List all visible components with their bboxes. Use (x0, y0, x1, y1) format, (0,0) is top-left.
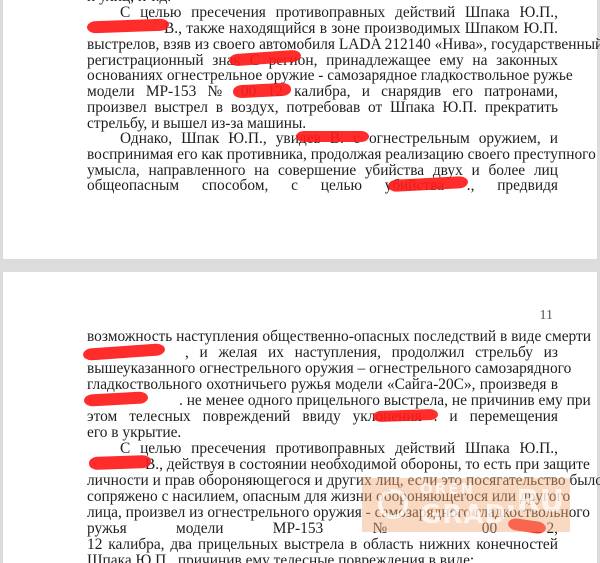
watermark-suffix: .RU (505, 484, 564, 519)
text-line: вышеуказанного огнестрельного оружия – о… (87, 361, 558, 377)
text-line: произвел выстрел в воздух, потребовав от… (87, 100, 558, 116)
redaction-mark (296, 131, 369, 142)
text-line: 12 калибра, два прицельных выстрела в об… (87, 537, 558, 553)
document-page-1: и улиц, и т.д. С целью пресечения против… (3, 0, 597, 259)
text-line: возможность наступления общественно-опас… (87, 329, 558, 345)
page-number: 11 (540, 308, 553, 324)
text-line: С целью пресечения противоправных действ… (120, 5, 558, 21)
redaction-mark (89, 455, 151, 470)
watermark: OREN GRAD .RU (362, 478, 570, 532)
document-page-2: 11 возможность наступления общественно-о… (3, 272, 597, 563)
text-line: В., действуя в состоянии необходимой обо… (87, 457, 558, 473)
text-line: его в укрытие. (87, 425, 558, 441)
watermark-top-text: OREN (420, 480, 475, 498)
watermark-logo-icon (378, 489, 408, 519)
redaction-mark (373, 409, 438, 422)
text-line: гладкоствольного охотничьего ружья модел… (87, 377, 558, 393)
text-line: модели МР-153 № 00 12 калибра, и снаряди… (87, 84, 558, 100)
text-line: выстрелов, взяв из своего автомобиля LAD… (87, 37, 558, 53)
text-line: С целью пресечения противоправных действ… (120, 441, 558, 457)
text-line: воспринимая его как противника, продолжа… (87, 147, 558, 163)
text-line: этом телесных повреждений ввиду уклонени… (87, 409, 558, 425)
text-line: основаниях огнестрельное оружие - самоза… (87, 68, 558, 84)
text-line: Шпака Ю.П., причинив ему телесные повреж… (87, 553, 558, 563)
watermark-bottom-text: GRAD (420, 500, 507, 530)
text-line: . не менее одного прицельного выстрела, … (87, 393, 558, 409)
text-line: общеопасным способом, с целью убийства .… (87, 178, 558, 194)
